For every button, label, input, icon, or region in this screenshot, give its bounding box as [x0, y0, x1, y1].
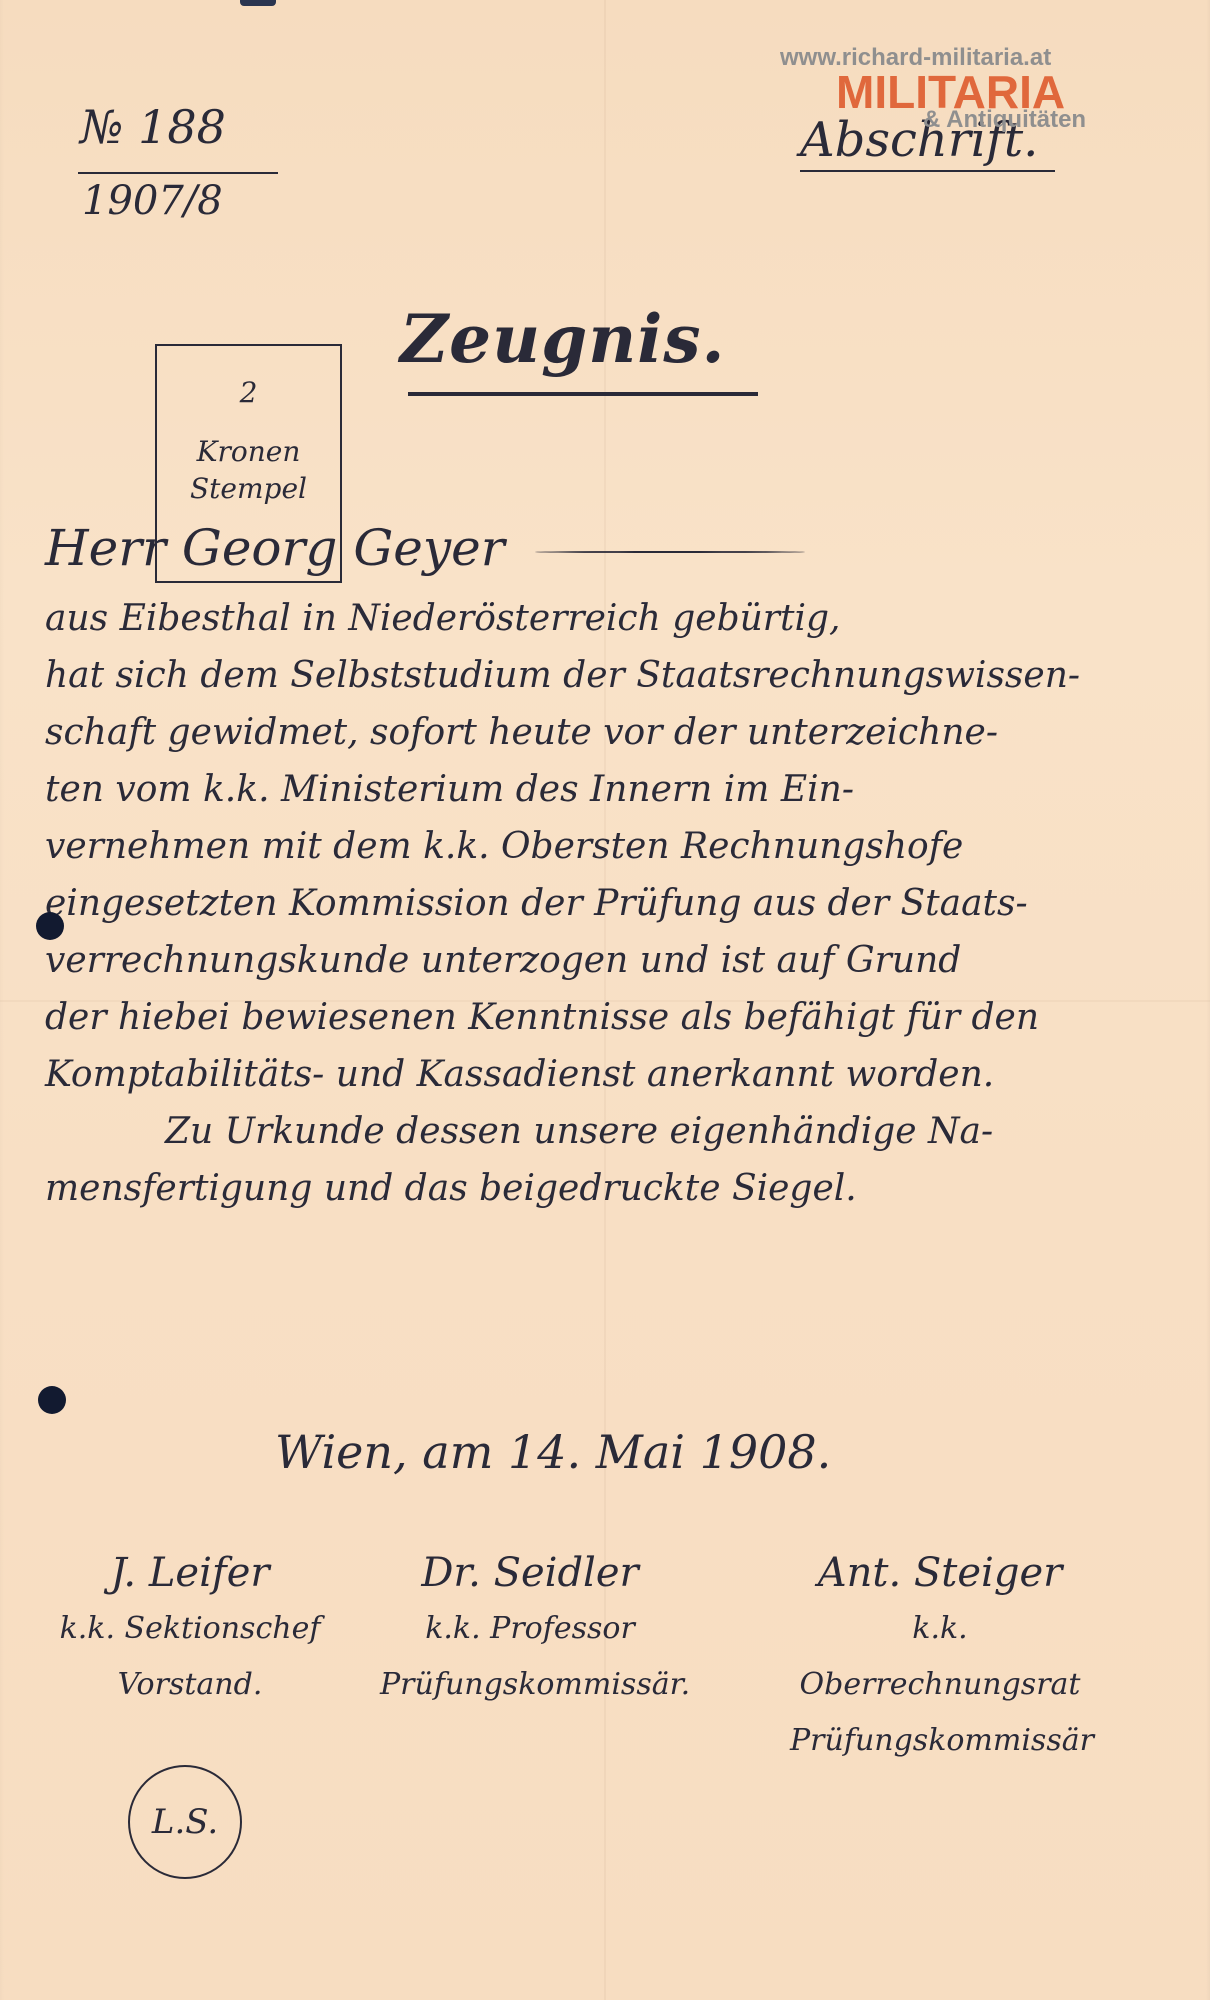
- signatory-title: k.k. Professor: [380, 1601, 680, 1657]
- signatory-role: Prüfungskommissär: [790, 1713, 1090, 1769]
- signatory-title: k.k. Oberrechnungsrat: [790, 1601, 1090, 1713]
- watermark: www.richard-militaria.at MILITARIA & Ant…: [780, 44, 1140, 134]
- reference-divider: [78, 172, 278, 174]
- body-line: ten vom k.k. Ministerium des Innern im E…: [45, 761, 1155, 818]
- watermark-subtitle: & Antiquitäten: [923, 106, 1140, 134]
- body-line: vernehmen mit dem k.k. Obersten Rechnung…: [45, 818, 1155, 875]
- closing-line: mensfertigung und das beigedruckte Siege…: [45, 1160, 1155, 1217]
- body-line: aus Eibesthal in Niederösterreich gebürt…: [45, 590, 1155, 647]
- punch-hole: [36, 912, 64, 940]
- stamp-unit: Kronen: [157, 435, 340, 468]
- body-line: der hiebei bewiesenen Kenntnisse als bef…: [45, 989, 1155, 1046]
- seal-text: L.S.: [152, 1802, 218, 1842]
- binder-clip-mark: [240, 0, 276, 6]
- title-underline: [408, 392, 758, 396]
- signatory-name: Ant. Steiger: [790, 1545, 1090, 1601]
- signatory-title: k.k. Sektionschef: [40, 1601, 340, 1657]
- body-line: schaft gewidmet, sofort heute vor der un…: [45, 704, 1155, 761]
- name-flourish: [535, 551, 805, 553]
- punch-hole: [38, 1386, 66, 1414]
- reference-year: 1907/8: [82, 178, 223, 224]
- body-line: Komptabilitäts- und Kassadienst anerkann…: [45, 1046, 1155, 1103]
- body-line: verrechnungskunde unterzogen und ist auf…: [45, 932, 1155, 989]
- body-line: eingesetzten Kommission der Prüfung aus …: [45, 875, 1155, 932]
- body-line: hat sich dem Selbststudium der Staatsrec…: [45, 647, 1155, 704]
- recipient-line: Herr Georg Geyer: [45, 520, 1155, 590]
- place-and-date: Wien, am 14. Mai 1908.: [275, 1425, 831, 1479]
- certificate-body: Herr Georg Geyer aus Eibesthal in Nieder…: [45, 520, 1155, 1217]
- stamp-amount: 2: [157, 376, 340, 409]
- signatory-3: Ant. Steiger k.k. Oberrechnungsrat Prüfu…: [790, 1545, 1090, 1769]
- stamp-word: Stempel: [157, 472, 340, 505]
- signatory-2: Dr. Seidler k.k. Professor Prüfungskommi…: [380, 1545, 680, 1713]
- seal-locus-sigilli: L.S.: [128, 1765, 242, 1879]
- reference-number: № 188: [80, 100, 226, 154]
- signatory-1: J. Leifer k.k. Sektionschef Vorstand.: [40, 1545, 340, 1713]
- closing-line: Zu Urkunde dessen unsere eigenhändige Na…: [45, 1103, 1155, 1160]
- signatory-role: Prüfungskommissär.: [380, 1657, 680, 1713]
- signatory-role: Vorstand.: [40, 1657, 340, 1713]
- signatory-name: Dr. Seidler: [380, 1545, 680, 1601]
- signatory-name: J. Leifer: [40, 1545, 340, 1601]
- copy-mark-underline: [800, 170, 1055, 172]
- recipient-name: Herr Georg Geyer: [45, 519, 505, 577]
- document-title: Zeugnis.: [400, 300, 726, 378]
